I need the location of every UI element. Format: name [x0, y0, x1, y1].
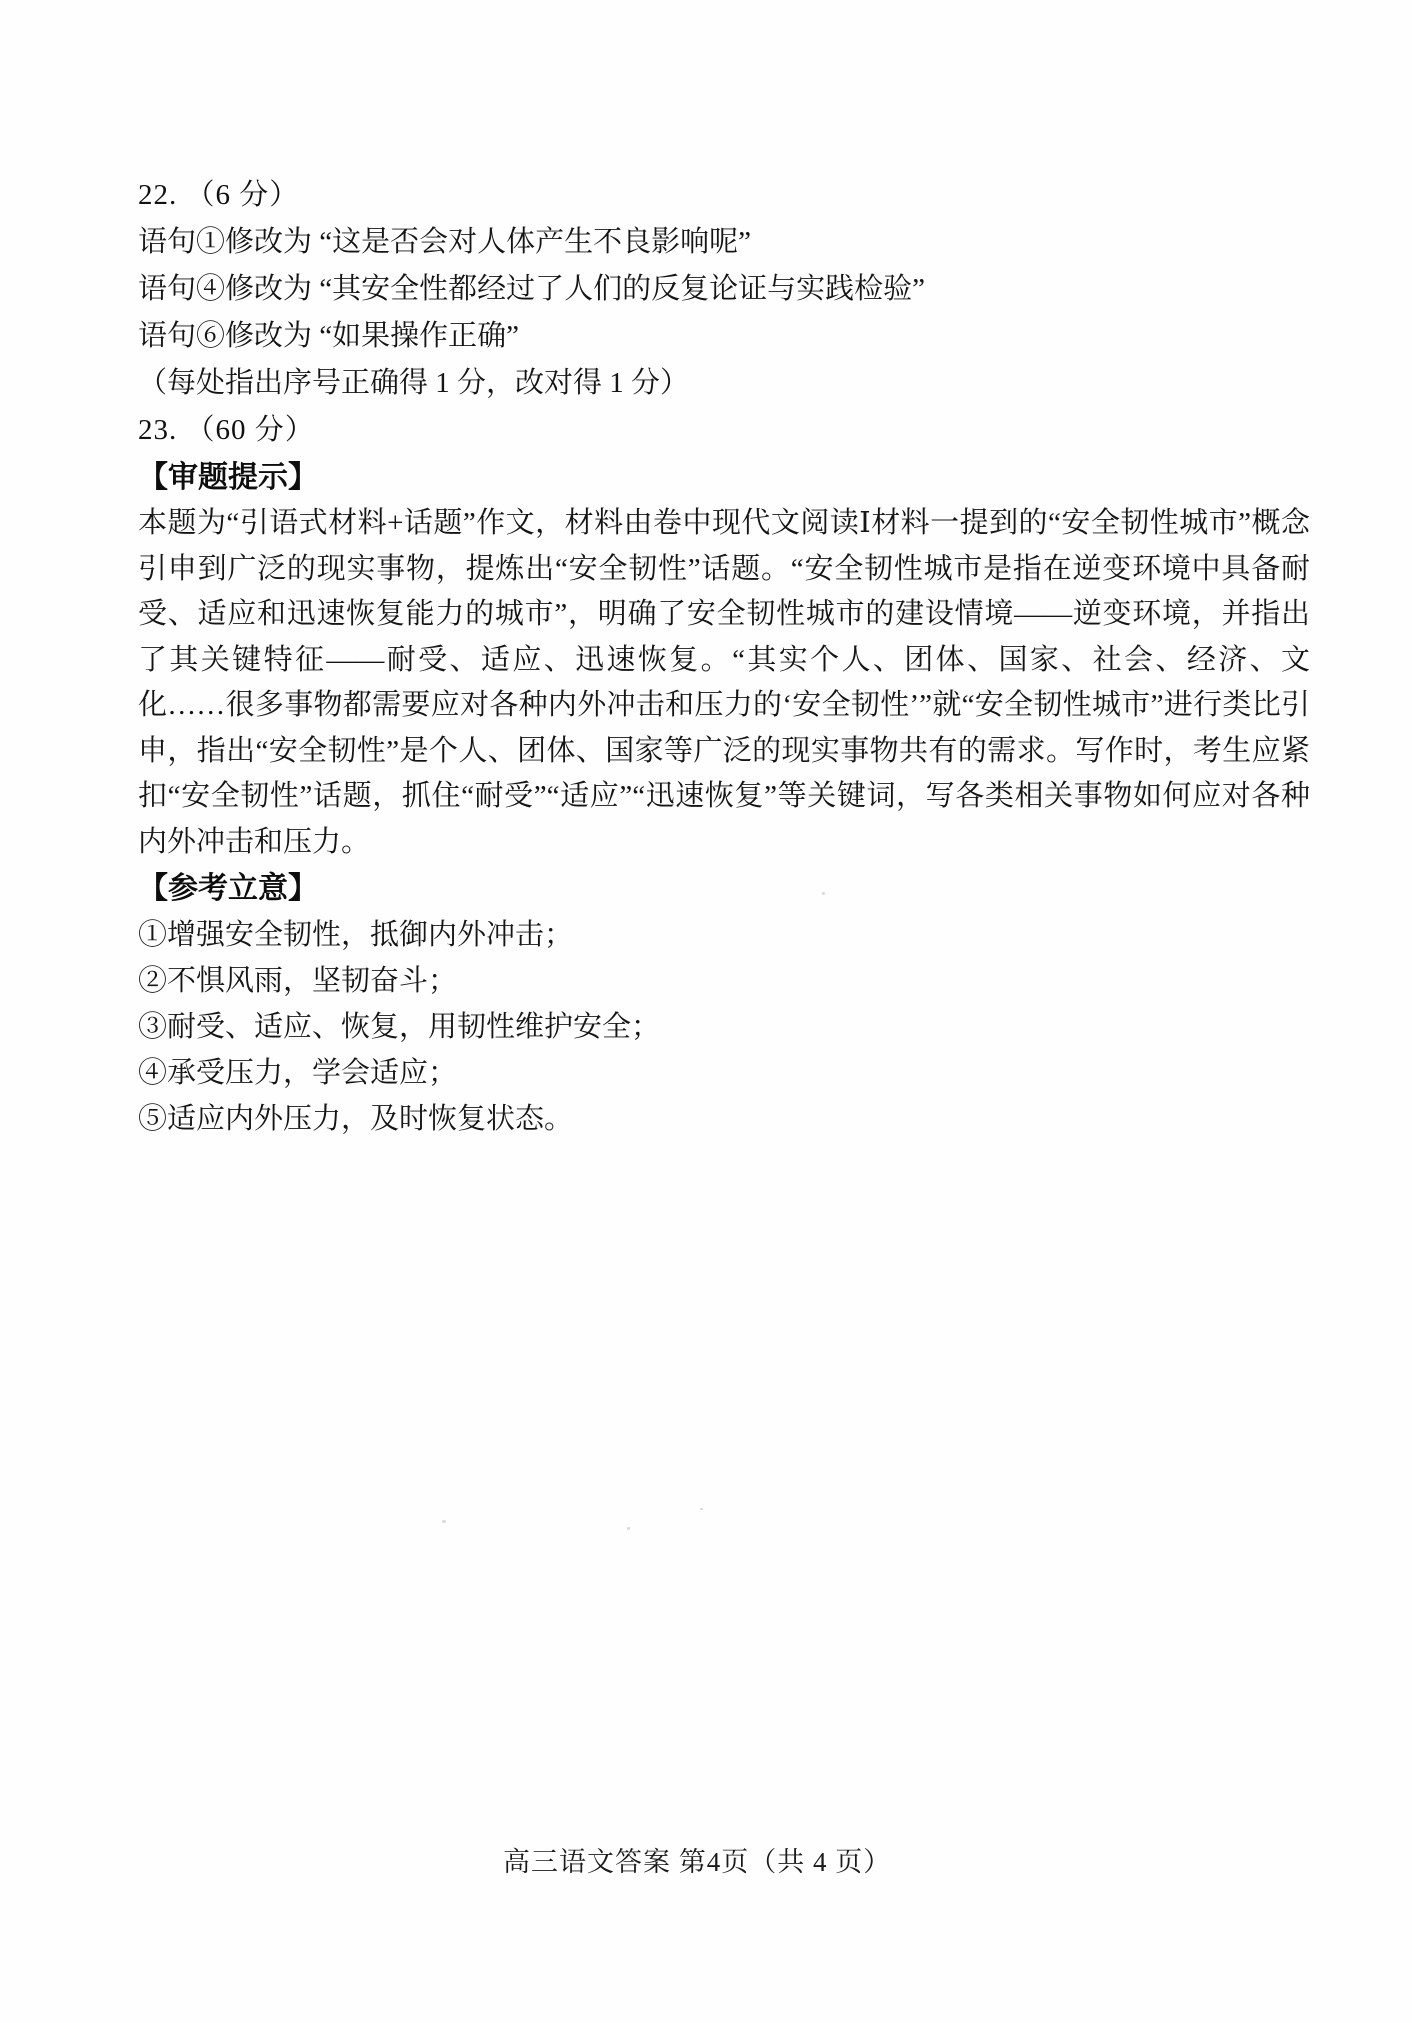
q23-idea-2: ②不惧风雨，坚韧奋斗；: [138, 958, 1310, 1004]
question-23-heading: 23. （60 分）: [138, 407, 1310, 454]
page-footer: 高三语文答案 第4页（共 4 页）: [503, 1840, 891, 1879]
q23-idea-3: ③耐受、适应、恢复，用韧性维护安全；: [138, 1004, 1310, 1050]
q23-idea-1: ①增强安全韧性，抵御内外冲击；: [138, 912, 1310, 958]
scan-noise-speck: [700, 1508, 703, 1510]
q22-scoring-note: （每处指出序号正确得 1 分，改对得 1 分）: [138, 360, 1310, 407]
q23-topic-analysis: 本题为“引语式材料+话题”作文，材料由卷中现代文阅读Ⅰ材料一提到的“安全韧性城市…: [138, 501, 1310, 865]
question-22-heading: 22. （6 分）: [138, 172, 1310, 219]
scan-noise-speck: [822, 892, 825, 895]
q23-idea-4: ④承受压力，学会适应；: [138, 1050, 1310, 1096]
scan-noise-speck: [627, 1527, 630, 1530]
q22-answer-sentence-1: 语句①修改为 “这是否会对人体产生不良影响呢”: [138, 219, 1310, 266]
q22-answer-sentence-4: 语句④修改为 “其安全性都经过了人们的反复论证与实践检验”: [138, 266, 1310, 313]
scanned-answer-page: 22. （6 分） 语句①修改为 “这是否会对人体产生不良影响呢” 语句④修改为…: [0, 0, 1412, 2023]
q23-idea-5: ⑤适应内外压力，及时恢复状态。: [138, 1096, 1310, 1142]
scan-noise-speck: [442, 1520, 446, 1523]
q23-reference-ideas-header: 【参考立意】: [138, 865, 1310, 912]
answer-content: 22. （6 分） 语句①修改为 “这是否会对人体产生不良影响呢” 语句④修改为…: [138, 172, 1310, 1142]
q22-answer-sentence-6: 语句⑥修改为 “如果操作正确”: [138, 313, 1310, 360]
q23-topic-tip-header: 【审题提示】: [138, 454, 1310, 501]
